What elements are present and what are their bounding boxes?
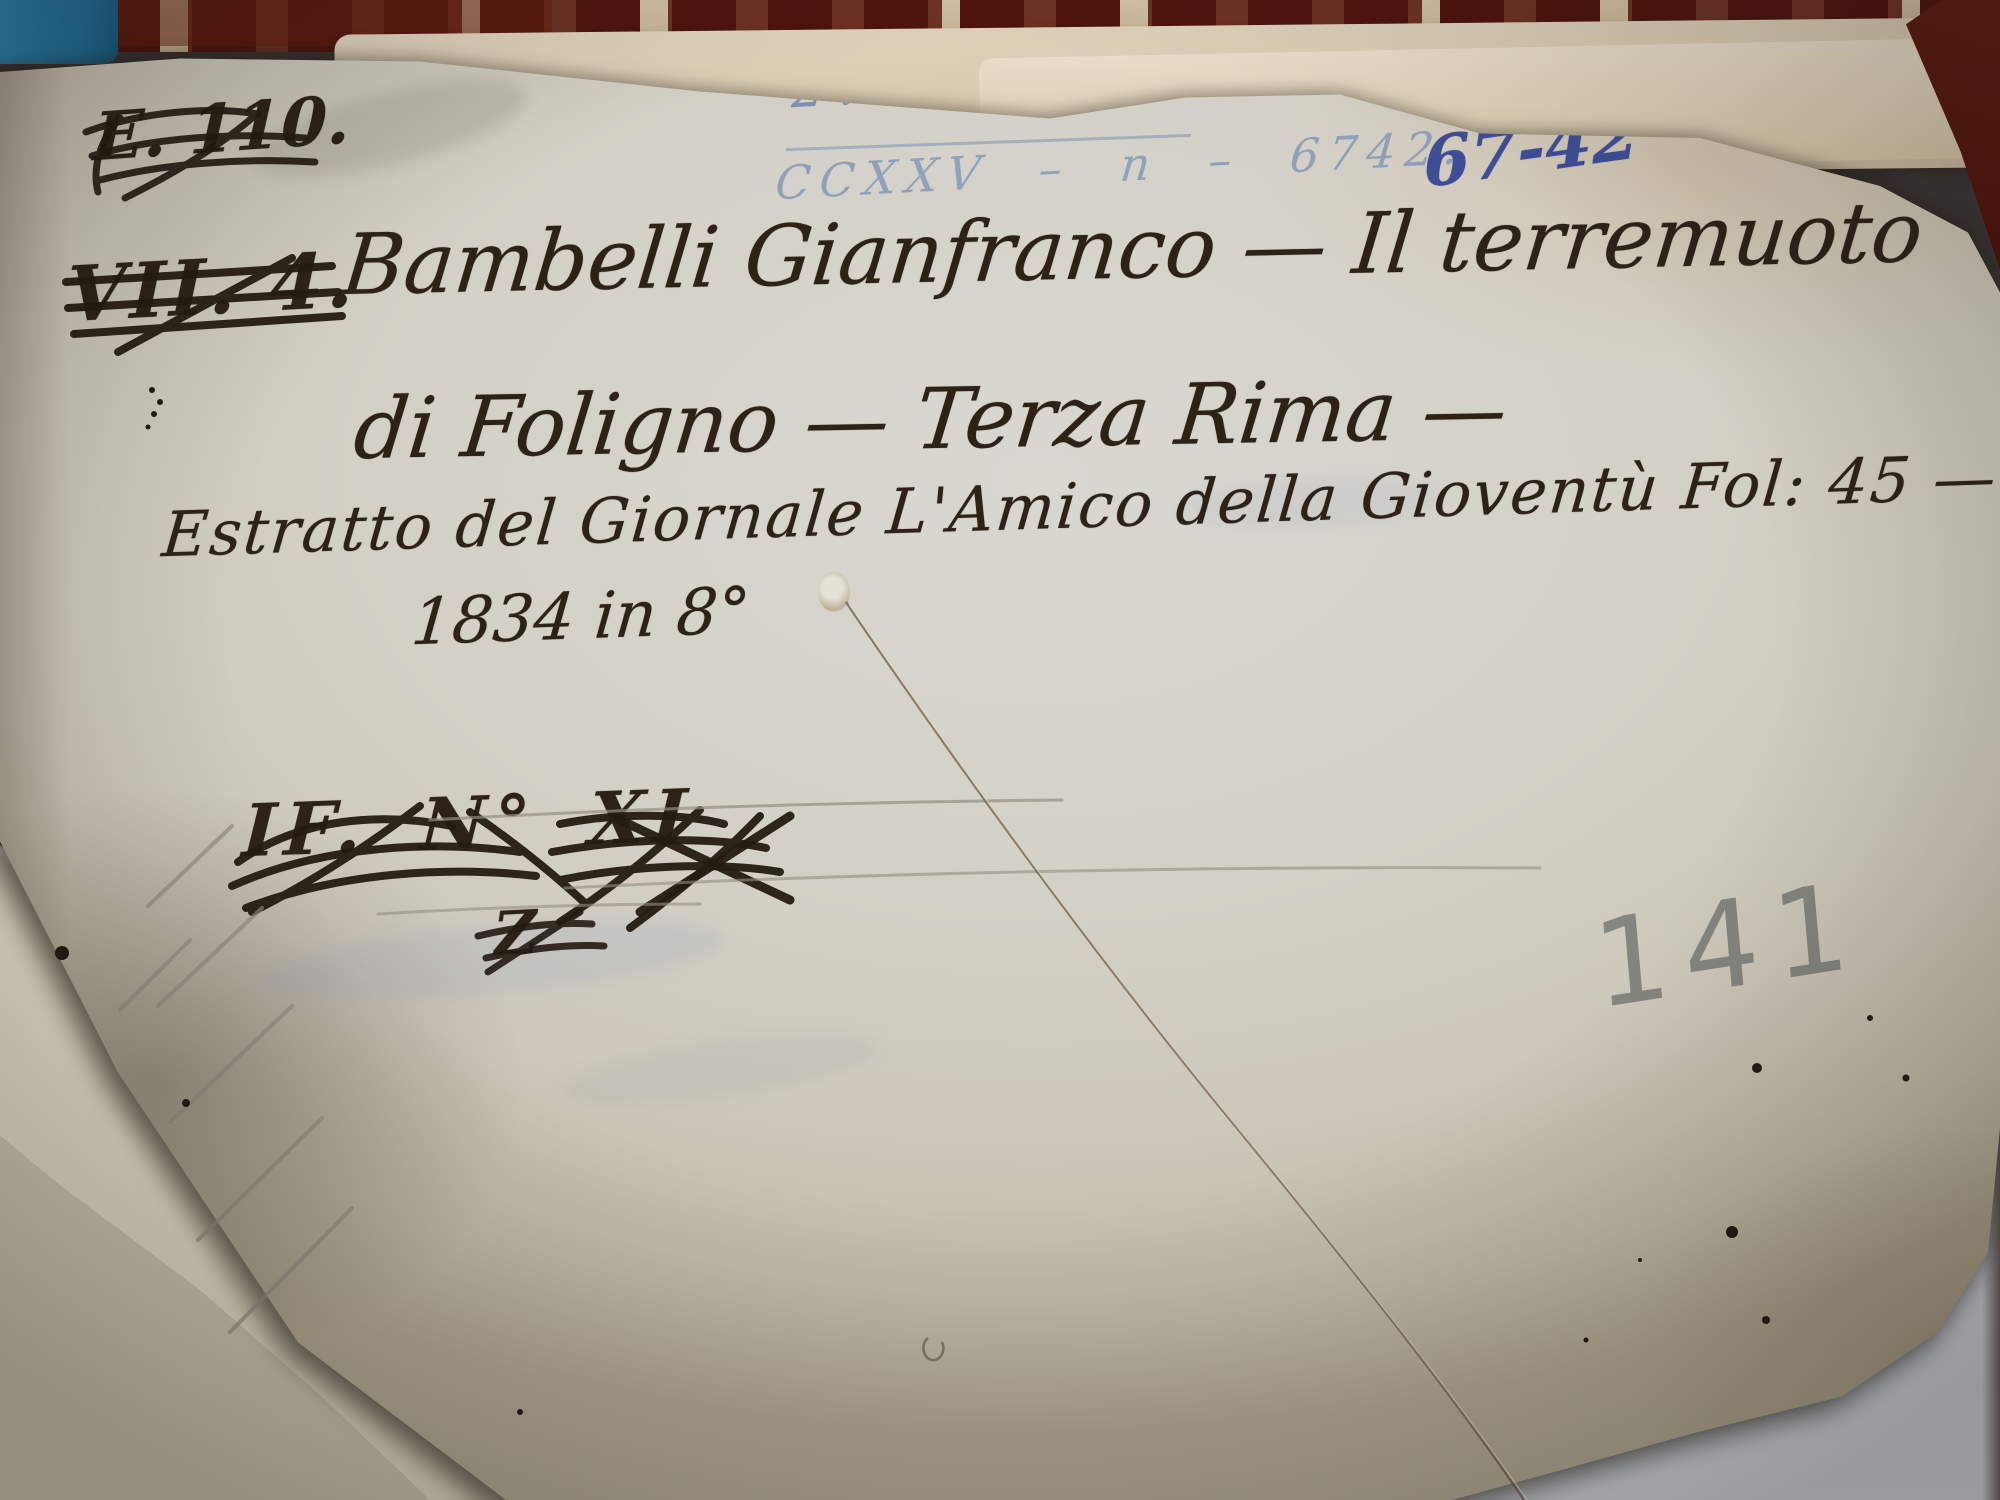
scribble-shelfmark-top (86, 111, 315, 198)
small-arc-mark (923, 1338, 943, 1360)
crease-line (846, 602, 1524, 1500)
scribble-mark-below (478, 912, 604, 972)
scribble-middle-mark (232, 806, 780, 928)
x-strike-middle-mark (620, 816, 790, 912)
ink-marks-overlay (0, 0, 2000, 1500)
pencil-line-1 (430, 800, 1062, 820)
strike-shelfmark-second (66, 258, 342, 352)
catalog-card-photo: E. 110. VII. 4. 2. E a 4 CCXXV – n – 674… (0, 0, 2000, 1500)
under-sheet-pencil-hatching (120, 826, 352, 1332)
ink-specks (55, 387, 1910, 1415)
